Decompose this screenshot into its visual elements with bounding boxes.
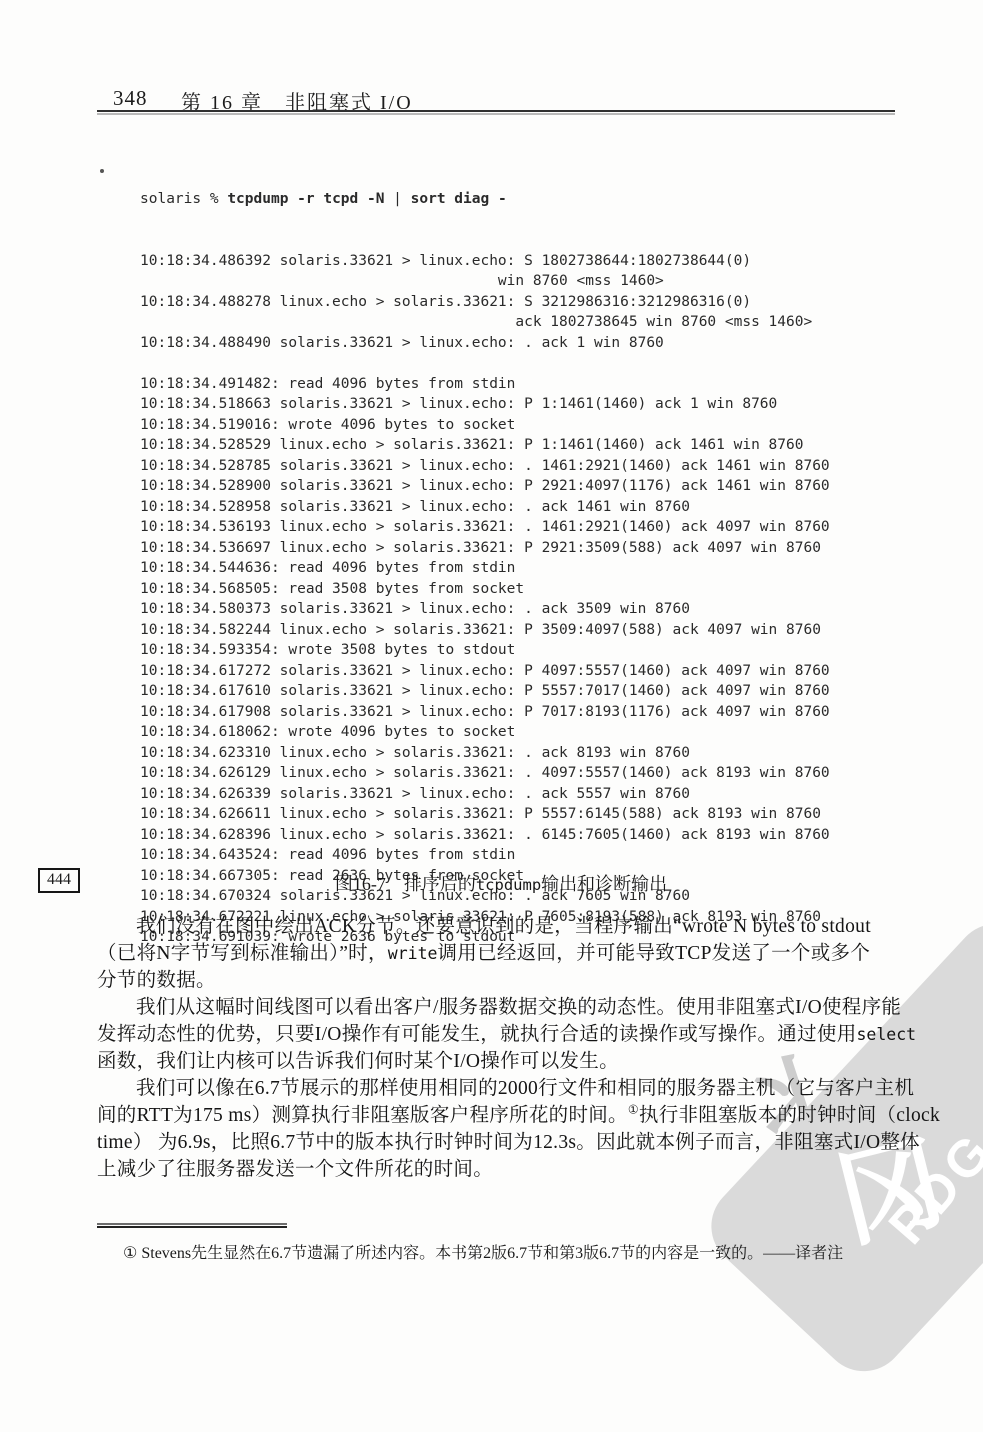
code-line: 10:18:34.617908 solaris.33621 > linux.ec… xyxy=(140,702,830,723)
code-line: 10:18:34.491482: read 4096 bytes from st… xyxy=(140,374,830,395)
code-line: 10:18:34.528958 solaris.33621 > linux.ec… xyxy=(140,497,830,518)
tcpdump-output: solaris % tcpdump -r tcpd -N | sort diag… xyxy=(140,148,830,989)
code-line xyxy=(140,353,830,374)
code-line: 10:18:34.626339 solaris.33621 > linux.ec… xyxy=(140,784,830,805)
code-line: 10:18:34.519016: wrote 4096 bytes to soc… xyxy=(140,415,830,436)
text-segment: （已将N字节写到标准输出）”时， xyxy=(97,943,388,964)
figure-caption-text-pre: 排序后的 xyxy=(404,874,476,894)
command-text-2: sort diag - xyxy=(411,191,507,207)
header-rule xyxy=(97,110,895,112)
text-segment: 我们没有在图中绘出ACK分节。还要意识到的是，当程序输出“wrote N byt… xyxy=(136,916,871,937)
text-segment: 发挥动态性的优势，只要I/O操作有可能发生，就执行合适的读操作或写操作。通过使用 xyxy=(97,1024,857,1045)
tcpdump-lines: 10:18:34.486392 solaris.33621 > linux.ec… xyxy=(140,251,830,948)
code-line: 10:18:34.593354: wrote 3508 bytes to std… xyxy=(140,640,830,661)
code-line: 10:18:34.536193 linux.echo > solaris.336… xyxy=(140,517,830,538)
code-line: 10:18:34.628396 linux.echo > solaris.336… xyxy=(140,825,830,846)
header-page-number: 348 xyxy=(113,86,148,111)
code-line: 10:18:34.582244 linux.echo > solaris.336… xyxy=(140,620,830,641)
code-line: 10:18:34.626129 linux.echo > solaris.336… xyxy=(140,763,830,784)
code-line: ack 1802738645 win 8760 <mss 1460> xyxy=(140,312,830,333)
scan-artifact-dot xyxy=(100,169,104,173)
footnote-text: ① Stevens先生显然在6.7节遗漏了所述内容。本书第2版6.7节和第3版6… xyxy=(123,1240,843,1263)
code-line: 10:18:34.568505: read 3508 bytes from so… xyxy=(140,579,830,600)
code-line: 10:18:34.623310 linux.echo > solaris.336… xyxy=(140,743,830,764)
code-line: 10:18:34.626611 linux.echo > solaris.336… xyxy=(140,804,830,825)
figure-caption: 图16-7排序后的tcpdump输出和诊断输出 xyxy=(97,870,905,896)
command-text-1: tcpdump -r tcpd -N xyxy=(227,191,384,207)
text-segment: time） 为6.9s，比照6.7节中的版本执行时钟时间为12.3s。因此就本例… xyxy=(97,1132,920,1153)
text-segment: 上减少了往服务器发送一个文件所花的时间。 xyxy=(97,1159,493,1180)
text-segment: 执行非阻塞版本的时钟时间（clock xyxy=(639,1105,940,1126)
paragraph-line: 间的RTT为175 ms）测算执行非阻塞版客户程序所花的时间。①执行非阻塞版本的… xyxy=(97,1102,957,1129)
figure-caption-code-word: tcpdump xyxy=(476,876,541,894)
inline-code: select xyxy=(857,1025,917,1044)
paragraph-line: 我们从这幅时间线图可以看出客户/服务器数据交换的动态性。使用非阻塞式I/O使程序… xyxy=(97,994,957,1021)
paragraph-line: 我们没有在图中绘出ACK分节。还要意识到的是，当程序输出“wrote N byt… xyxy=(97,913,957,940)
figure-caption-text-post: 输出和诊断输出 xyxy=(541,874,667,894)
code-line: 10:18:34.536697 linux.echo > solaris.336… xyxy=(140,538,830,559)
code-line: 10:18:34.617272 solaris.33621 > linux.ec… xyxy=(140,661,830,682)
text-segment: 函数，我们让内核可以告诉我们何时某个I/O操作可以发生。 xyxy=(97,1051,619,1072)
code-line: win 8760 <mss 1460> xyxy=(140,271,830,292)
paragraph-line: time） 为6.9s，比照6.7节中的版本执行时钟时间为12.3s。因此就本例… xyxy=(97,1129,957,1156)
paragraph-line: 分节的数据。 xyxy=(97,967,957,994)
code-line: 10:18:34.488490 solaris.33621 > linux.ec… xyxy=(140,333,830,354)
code-line: 10:18:34.643524: read 4096 bytes from st… xyxy=(140,845,830,866)
code-line: 10:18:34.528785 solaris.33621 > linux.ec… xyxy=(140,456,830,477)
code-line: 10:18:34.528529 linux.echo > solaris.336… xyxy=(140,435,830,456)
code-line: 10:18:34.518663 solaris.33621 > linux.ec… xyxy=(140,394,830,415)
shell-prompt: solaris % xyxy=(140,191,227,207)
text-segment: 间的RTT为175 ms）测算执行非阻塞版客户程序所花的时间。 xyxy=(97,1105,628,1126)
code-line: 10:18:34.618062: wrote 4096 bytes to soc… xyxy=(140,722,830,743)
paragraph-line: 我们可以像在6.7节展示的那样使用相同的2000行文件和相同的服务器主机（它与客… xyxy=(97,1075,957,1102)
code-line: 10:18:34.486392 solaris.33621 > linux.ec… xyxy=(140,251,830,272)
text-segment: 调用已经返回，并可能导致TCP发送了一个或多个 xyxy=(437,943,870,964)
text-segment: 我们从这幅时间线图可以看出客户/服务器数据交换的动态性。使用非阻塞式I/O使程序… xyxy=(136,997,901,1018)
paragraph-line: 发挥动态性的优势，只要I/O操作有可能发生，就执行合适的读操作或写操作。通过使用… xyxy=(97,1021,957,1048)
footnote-marker: ① xyxy=(628,1103,639,1117)
footnote-rule xyxy=(97,1226,287,1228)
pipe-separator: | xyxy=(384,191,410,207)
inline-code: write xyxy=(388,944,438,963)
body-paragraphs: 我们没有在图中绘出ACK分节。还要意识到的是，当程序输出“wrote N byt… xyxy=(97,913,957,1183)
code-line: 10:18:34.580373 solaris.33621 > linux.ec… xyxy=(140,599,830,620)
shell-command-line: solaris % tcpdump -r tcpd -N | sort diag… xyxy=(140,189,830,210)
code-line: 10:18:34.617610 solaris.33621 > linux.ec… xyxy=(140,681,830,702)
book-page: 丬 冈 PDG 348 第 16 章 非阻塞式 I/O solaris % tc… xyxy=(0,0,983,1432)
margin-page-number: 444 xyxy=(38,868,80,893)
paragraph-line: （已将N字节写到标准输出）”时，write调用已经返回，并可能导致TCP发送了一… xyxy=(97,940,957,967)
paragraph-line: 上减少了往服务器发送一个文件所花的时间。 xyxy=(97,1156,957,1183)
code-line: 10:18:34.544636: read 4096 bytes from st… xyxy=(140,558,830,579)
text-segment: 我们可以像在6.7节展示的那样使用相同的2000行文件和相同的服务器主机（它与客… xyxy=(136,1078,914,1099)
figure-caption-label: 图16-7 xyxy=(335,874,386,894)
text-segment: 分节的数据。 xyxy=(97,970,216,991)
paragraph-line: 函数，我们让内核可以告诉我们何时某个I/O操作可以发生。 xyxy=(97,1048,957,1075)
code-line: 10:18:34.528900 solaris.33621 > linux.ec… xyxy=(140,476,830,497)
code-line: 10:18:34.488278 linux.echo > solaris.336… xyxy=(140,292,830,313)
